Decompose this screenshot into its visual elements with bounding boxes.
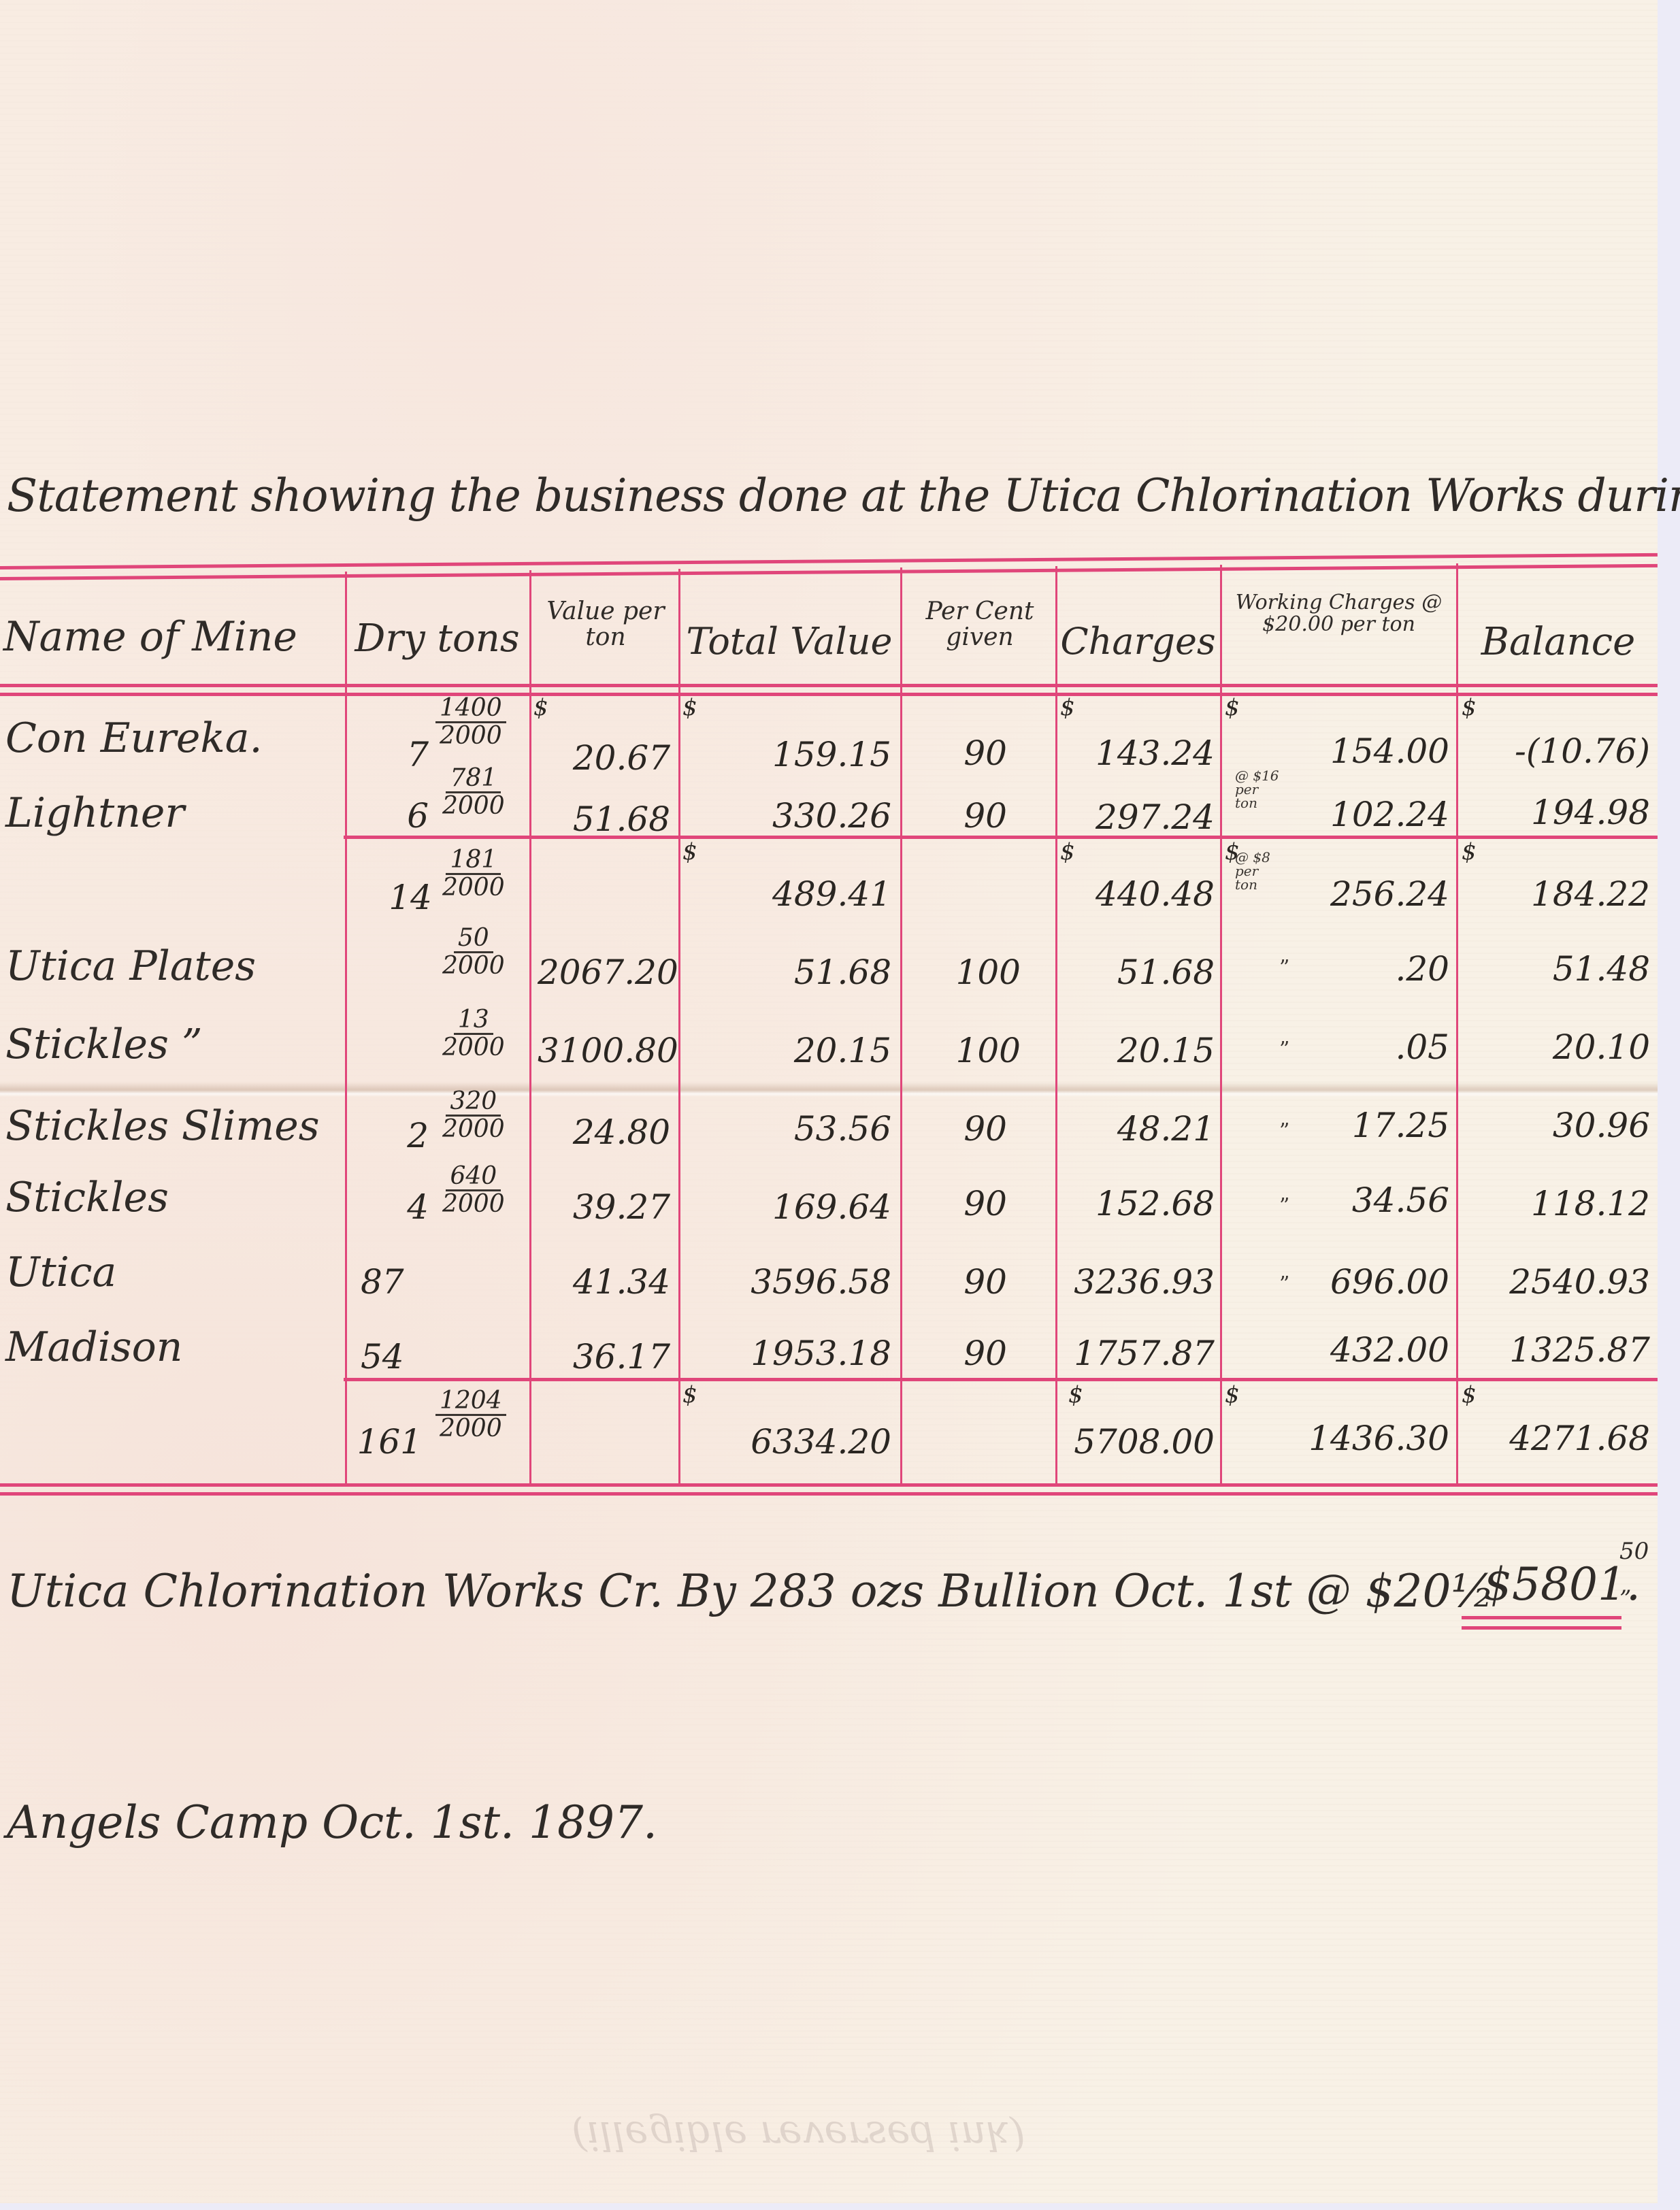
mine-name: Lightner	[5, 789, 184, 837]
grand-total-value: 6334.20	[687, 1422, 891, 1462]
document-title: Statement showing the business done at t…	[7, 469, 1680, 522]
mine-name: Stickles ”	[5, 1021, 203, 1068]
mine-name: Madison	[5, 1323, 182, 1371]
column-divider	[1220, 565, 1222, 1487]
header-name-of-mine: Name of Mine	[3, 616, 340, 659]
working-charges: 17.25	[1238, 1106, 1449, 1145]
header-per-cent-given: Per Cent given	[908, 599, 1051, 650]
total-value: 53.56	[687, 1109, 891, 1149]
working-charges: .05	[1238, 1027, 1449, 1067]
credit-amount-ditto: ”	[1619, 1585, 1631, 1613]
per-cent: 90	[912, 1184, 1007, 1223]
tons-whole: 4	[388, 1187, 429, 1227]
paper-sheet	[0, 0, 1658, 2203]
balance: 1325.87	[1463, 1330, 1650, 1370]
balance: 30.96	[1463, 1106, 1650, 1145]
balance: 2540.93	[1463, 1262, 1650, 1302]
grand-total-balance: 4271.68	[1463, 1419, 1650, 1458]
header-bottom-rule	[0, 684, 1658, 687]
table-bottom-rule	[0, 1483, 1658, 1487]
working-charges: 256.24	[1238, 874, 1449, 914]
header-total-value: Total Value	[680, 623, 898, 661]
working-charges: .20	[1238, 949, 1449, 989]
credit-line: Utica Chlorination Works Cr. By 283 ozs …	[7, 1565, 1494, 1617]
charges: 143.24	[1061, 733, 1215, 773]
bleed-through-ink: (illegible reversed ink)	[572, 2113, 1025, 2159]
balance: -(10.76)	[1463, 731, 1650, 771]
tons-whole: 87	[361, 1262, 429, 1302]
tons-whole: 2	[388, 1116, 429, 1155]
value-per-ton: 51.68	[544, 799, 670, 839]
value-per-ton: 36.17	[538, 1337, 670, 1376]
total-tons-whole: 161	[354, 1422, 422, 1462]
total-value: 159.15	[687, 735, 891, 774]
total-rule	[344, 1378, 1658, 1381]
credit-amount: $5801.	[1483, 1558, 1641, 1611]
dollar-mark: $	[1060, 694, 1075, 721]
dollar-mark: $	[682, 838, 697, 865]
charges: 297.24	[1061, 797, 1215, 837]
per-cent: 90	[912, 1334, 1007, 1373]
paper-fold-crease	[0, 1082, 1658, 1097]
dollar-mark: $	[1225, 1381, 1240, 1408]
balance: 20.10	[1463, 1027, 1650, 1067]
column-divider	[900, 567, 902, 1487]
value-per-ton: 20.67	[544, 738, 670, 778]
column-divider	[1456, 563, 1458, 1487]
grand-total-working-charges: 1436.30	[1238, 1419, 1449, 1458]
dollar-mark: $	[1225, 694, 1240, 721]
dollar-mark: $	[533, 694, 548, 721]
charges: 3236.93	[1061, 1262, 1215, 1302]
mine-name: Utica Plates	[5, 942, 256, 990]
total-value: 489.41	[687, 874, 891, 914]
total-value: 20.15	[687, 1031, 891, 1070]
charges: 51.68	[1061, 953, 1215, 992]
working-charges: 696.00	[1238, 1262, 1449, 1302]
column-divider	[345, 572, 347, 1487]
value-per-ton: 39.27	[538, 1187, 670, 1227]
column-divider	[529, 570, 531, 1487]
column-divider	[678, 569, 680, 1487]
tons-fraction: 1812000	[442, 847, 505, 901]
header-dry-tons: Dry tons	[347, 619, 527, 659]
double-underline	[1462, 1626, 1621, 1630]
double-underline	[1462, 1616, 1621, 1619]
per-cent: 90	[912, 796, 1007, 836]
tons-whole: 54	[361, 1337, 429, 1376]
table-bottom-rule-2	[0, 1492, 1658, 1496]
value-per-ton: 41.34	[538, 1262, 670, 1302]
dollar-mark: $	[1462, 1381, 1477, 1408]
mine-name: Stickles Slimes	[5, 1102, 320, 1150]
tons-fraction: 132000	[442, 1007, 505, 1061]
working-charges: 34.56	[1238, 1181, 1449, 1220]
dollar-mark: $	[1060, 838, 1075, 865]
mine-name: Stickles	[5, 1174, 169, 1221]
total-value: 1953.18	[687, 1334, 891, 1373]
grand-total-charges: 5708.00	[1061, 1422, 1215, 1462]
tons-whole: 14	[378, 878, 432, 917]
charges: 152.68	[1061, 1184, 1215, 1223]
tons-whole: 7	[388, 735, 429, 774]
balance: 51.48	[1463, 949, 1650, 989]
dollar-mark: $	[1068, 1381, 1083, 1408]
balance: 184.22	[1463, 874, 1650, 914]
dollar-mark: $	[682, 694, 697, 721]
working-charges: 154.00	[1238, 731, 1449, 771]
header-balance: Balance	[1463, 623, 1653, 663]
charges: 440.48	[1061, 874, 1215, 914]
place-and-date: Angels Camp Oct. 1st. 1897.	[7, 1796, 657, 1849]
total-value: 169.64	[687, 1187, 891, 1227]
working-charges: 102.24	[1238, 795, 1449, 834]
tons-whole: 6	[388, 796, 429, 836]
per-cent: 90	[912, 733, 1007, 773]
header-bottom-rule-2	[0, 693, 1658, 696]
tons-fraction: 3202000	[442, 1089, 505, 1142]
header-value-per-ton: Value per ton	[544, 599, 667, 650]
working-charges: 432.00	[1238, 1330, 1449, 1370]
tons-fraction: 14002000	[435, 695, 506, 749]
total-value: 51.68	[687, 953, 891, 992]
total-tons-fraction: 12042000	[435, 1388, 506, 1442]
subtotal-rule	[344, 836, 1658, 839]
dollar-mark: $	[1462, 838, 1477, 865]
value-per-ton: 3100.80	[538, 1031, 670, 1070]
charges: 1757.87	[1061, 1334, 1215, 1373]
per-cent: 90	[912, 1262, 1007, 1302]
total-value: 330.26	[687, 796, 891, 836]
charges: 20.15	[1061, 1031, 1215, 1070]
column-divider	[1055, 566, 1057, 1487]
per-cent: 90	[912, 1109, 1007, 1149]
value-per-ton: 24.80	[538, 1112, 670, 1152]
balance: 194.98	[1463, 793, 1650, 832]
per-cent: 100	[912, 1031, 1021, 1070]
total-value: 3596.58	[687, 1262, 891, 1302]
header-working-charges: Working Charges @ $20.00 per ton	[1225, 592, 1453, 635]
mine-name: Utica	[5, 1249, 116, 1296]
dollar-mark: $	[682, 1381, 697, 1408]
per-cent: 100	[912, 953, 1021, 992]
credit-amount-cents: 50	[1619, 1538, 1649, 1565]
value-per-ton: 2067.20	[538, 953, 670, 992]
tons-fraction: 502000	[442, 925, 505, 979]
mine-name: Con Eureka.	[5, 714, 263, 762]
tons-fraction: 7812000	[442, 765, 505, 819]
tons-fraction: 6402000	[442, 1164, 505, 1217]
charges: 48.21	[1061, 1109, 1215, 1149]
header-charges: Charges	[1058, 623, 1218, 661]
dollar-mark: $	[1462, 694, 1477, 721]
balance: 118.12	[1463, 1184, 1650, 1223]
